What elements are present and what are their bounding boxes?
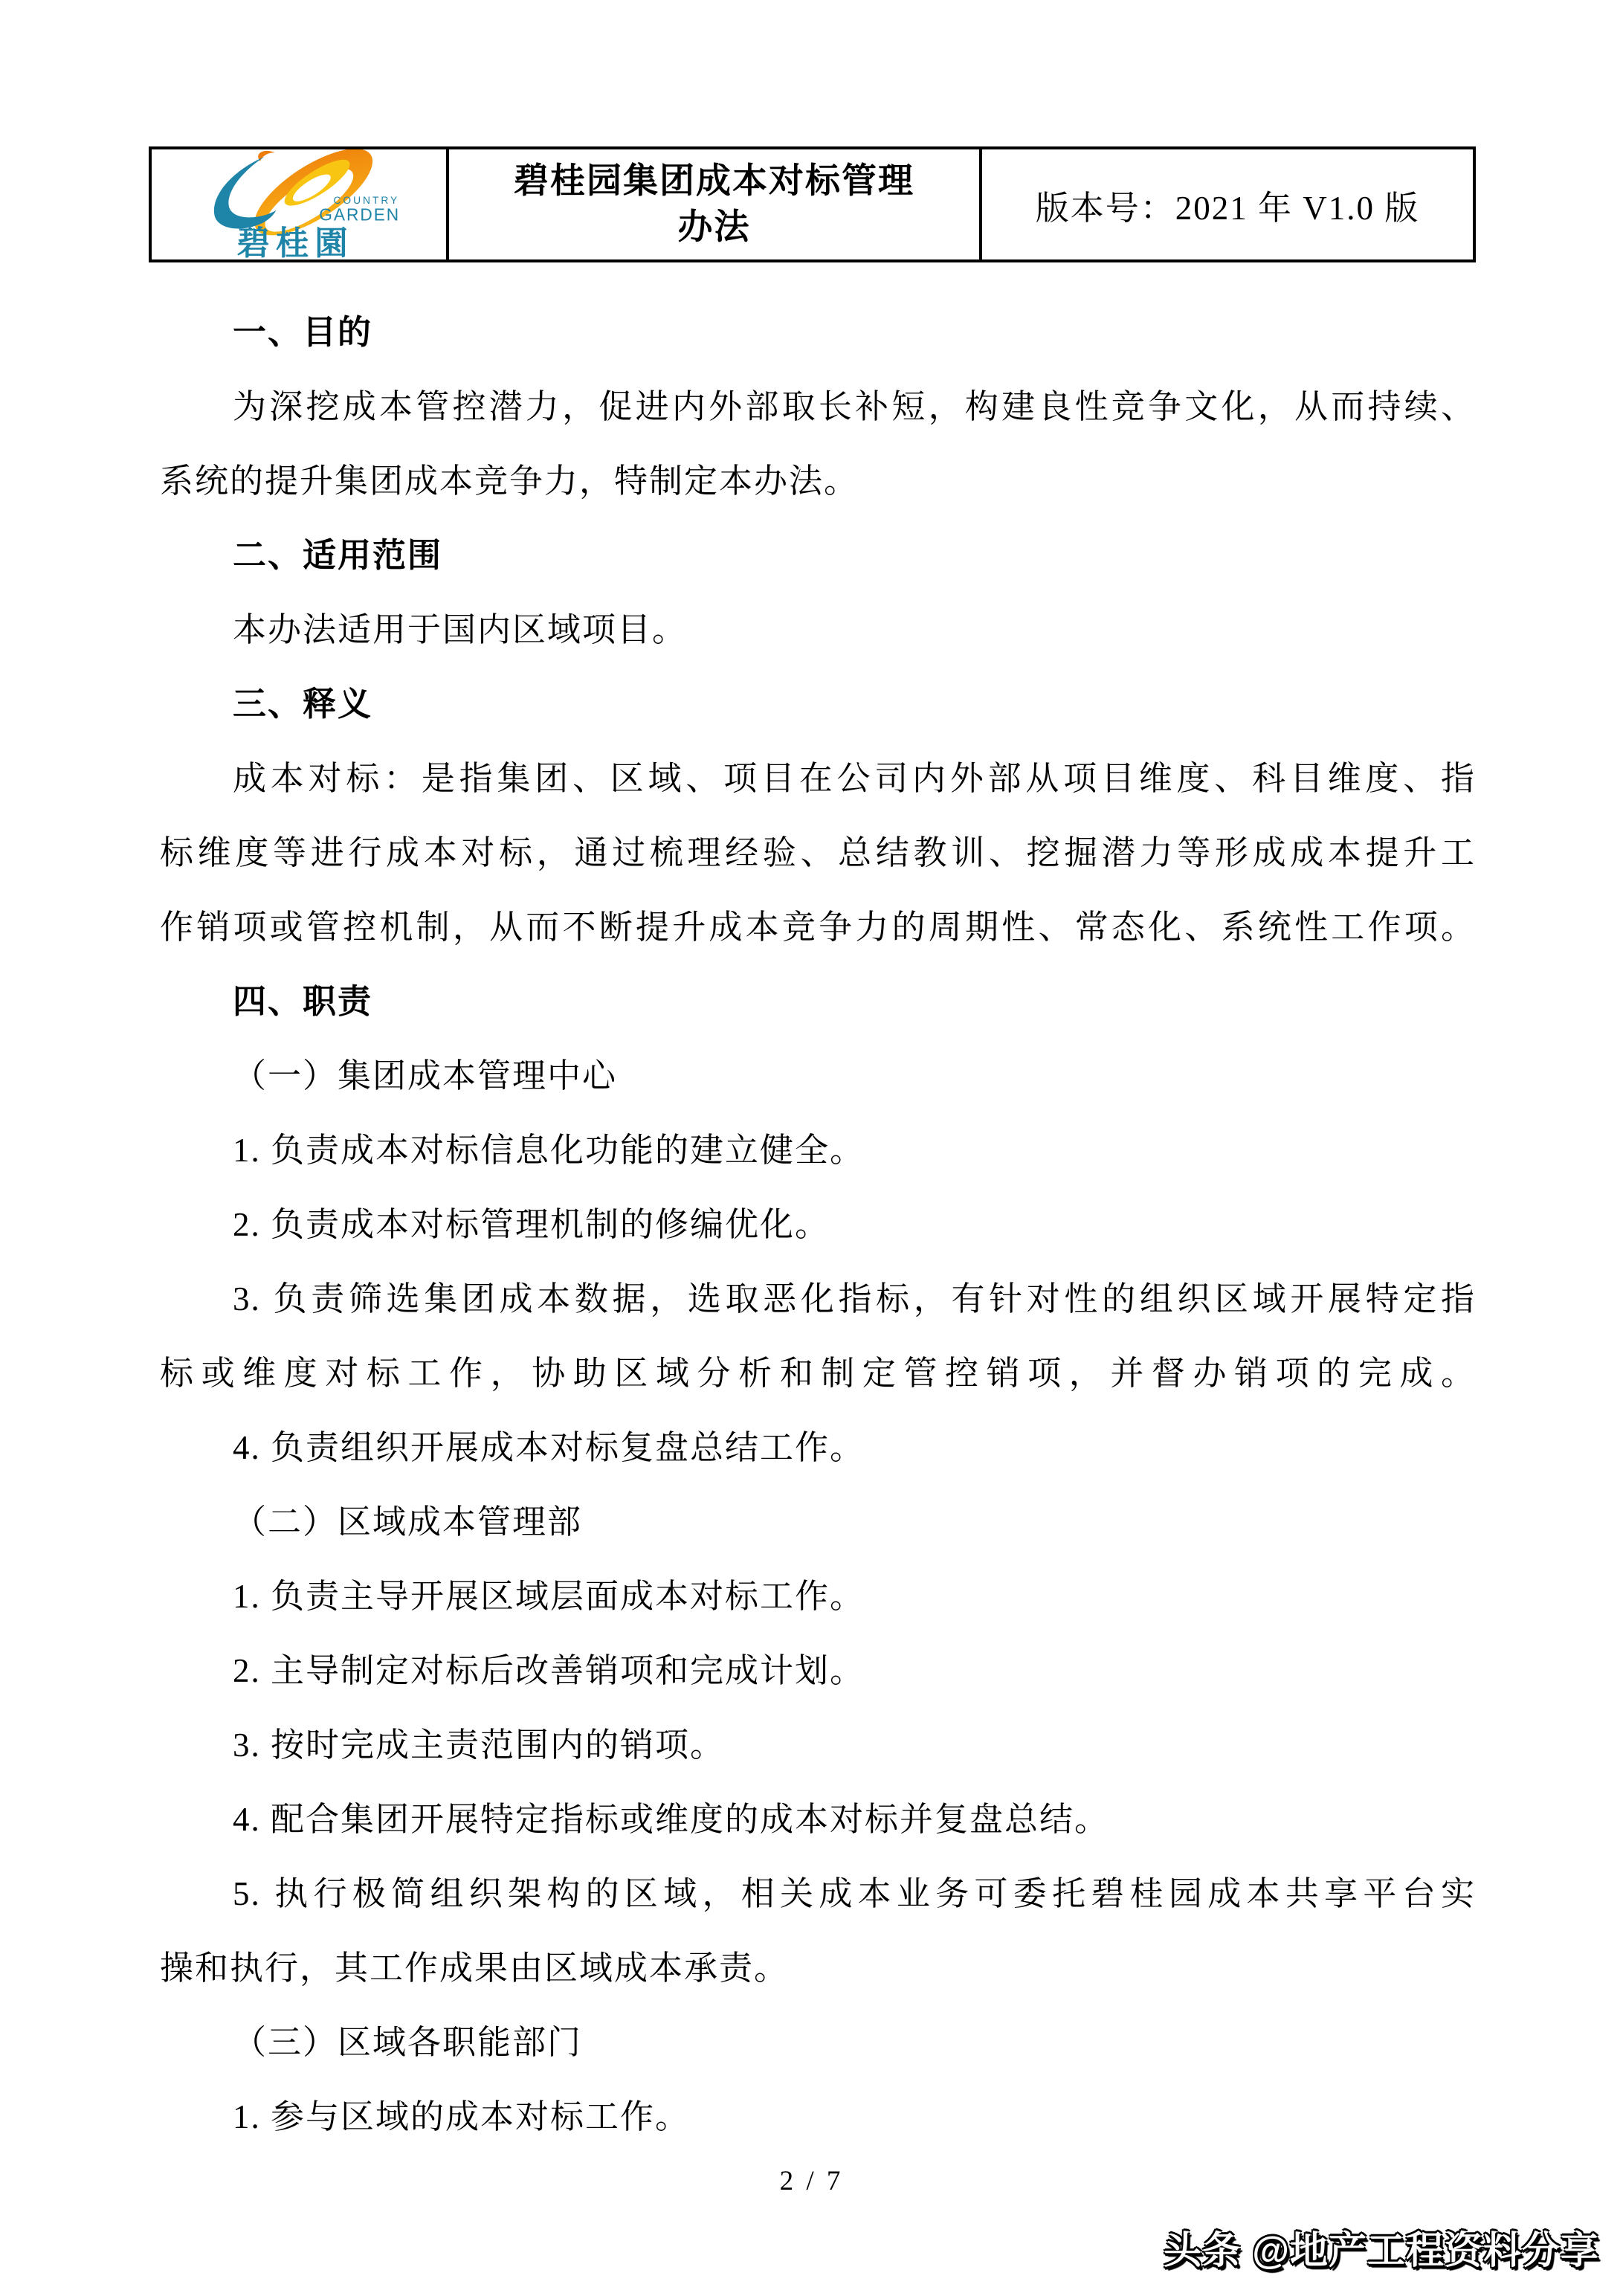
logo-cell: COUNTRY GARDEN 碧桂園	[152, 149, 449, 259]
watermark: 头条 @地产工程资料分享	[1164, 2219, 1599, 2274]
doc-title-cell: 碧桂园集团成本对标管理 办法	[449, 149, 982, 259]
text-line: 2. 负责成本对标管理机制的修编优化。	[160, 1187, 1476, 1262]
text-line: 系统的提升集团成本竞争力，特制定本办法。	[160, 444, 1476, 518]
text-line: 4. 配合集团开展特定指标或维度的成本对标并复盘总结。	[160, 1782, 1476, 1857]
text-line: 5. 执行极简组织架构的区域，相关成本业务可委托碧桂园成本共享平台实	[160, 1857, 1476, 1931]
doc-title-line2: 办法	[678, 204, 751, 251]
text-line: 四、职责	[160, 964, 1476, 1039]
text-line: 一、目的	[160, 295, 1476, 370]
document-page: COUNTRY GARDEN 碧桂園 碧桂园集团成本对标管理 办法 版本号：20…	[0, 0, 1623, 2296]
text-line: 操和执行，其工作成果由区域成本承责。	[160, 1931, 1476, 2005]
page-number: 2 / 7	[0, 2165, 1623, 2197]
logo-flame-shape	[258, 151, 274, 161]
text-line: 标维度等进行成本对标，通过梳理经验、总结教训、挖掘潜力等形成成本提升工	[160, 816, 1476, 890]
logo-country-text: COUNTRY	[333, 194, 399, 206]
header-table: COUNTRY GARDEN 碧桂園 碧桂园集团成本对标管理 办法 版本号：20…	[149, 146, 1476, 262]
text-line: 二、适用范围	[160, 518, 1476, 593]
version-cell: 版本号：2021 年 V1.0 版	[982, 149, 1473, 259]
text-line: 作销项或管控机制，从而不断提升成本竞争力的周期性、常态化、系统性工作项。	[160, 890, 1476, 964]
country-garden-logo-icon: COUNTRY GARDEN 碧桂園	[176, 149, 422, 259]
logo-brand-cn-text: 碧桂園	[237, 225, 354, 259]
doc-title-line1: 碧桂园集团成本对标管理	[514, 158, 914, 204]
logo-garden-text: GARDEN	[319, 205, 400, 225]
text-line: （三）区域各职能部门	[160, 2005, 1476, 2080]
text-line: 2. 主导制定对标后改善销项和完成计划。	[160, 1634, 1476, 1708]
text-line: 1. 负责成本对标信息化功能的建立健全。	[160, 1113, 1476, 1187]
text-line: 成本对标：是指集团、区域、项目在公司内外部从项目维度、科目维度、指	[160, 741, 1476, 816]
text-line: 本办法适用于国内区域项目。	[160, 593, 1476, 667]
document-body: 一、目的 为深挖成本管控潜力，促进内外部取长补短，构建良性竞争文化，从而持续、 …	[160, 295, 1476, 2154]
text-line: 1. 负责主导开展区域层面成本对标工作。	[160, 1559, 1476, 1634]
logo-hook-shape	[214, 157, 277, 229]
text-line: 标或维度对标工作，协助区域分析和制定管控销项，并督办销项的完成。	[160, 1336, 1476, 1410]
text-line: 为深挖成本管控潜力，促进内外部取长补短，构建良性竞争文化，从而持续、	[160, 370, 1476, 444]
text-line: （一）集团成本管理中心	[160, 1039, 1476, 1113]
text-line: 1. 参与区域的成本对标工作。	[160, 2080, 1476, 2154]
version-label: 版本号：2021 年 V1.0 版	[1036, 181, 1420, 229]
text-line: 4. 负责组织开展成本对标复盘总结工作。	[160, 1410, 1476, 1485]
text-line: （二）区域成本管理部	[160, 1485, 1476, 1559]
text-line: 3. 负责筛选集团成本数据，选取恶化指标，有针对性的组织区域开展特定指	[160, 1262, 1476, 1336]
text-line: 3. 按时完成主责范围内的销项。	[160, 1708, 1476, 1782]
text-line: 三、释义	[160, 667, 1476, 741]
